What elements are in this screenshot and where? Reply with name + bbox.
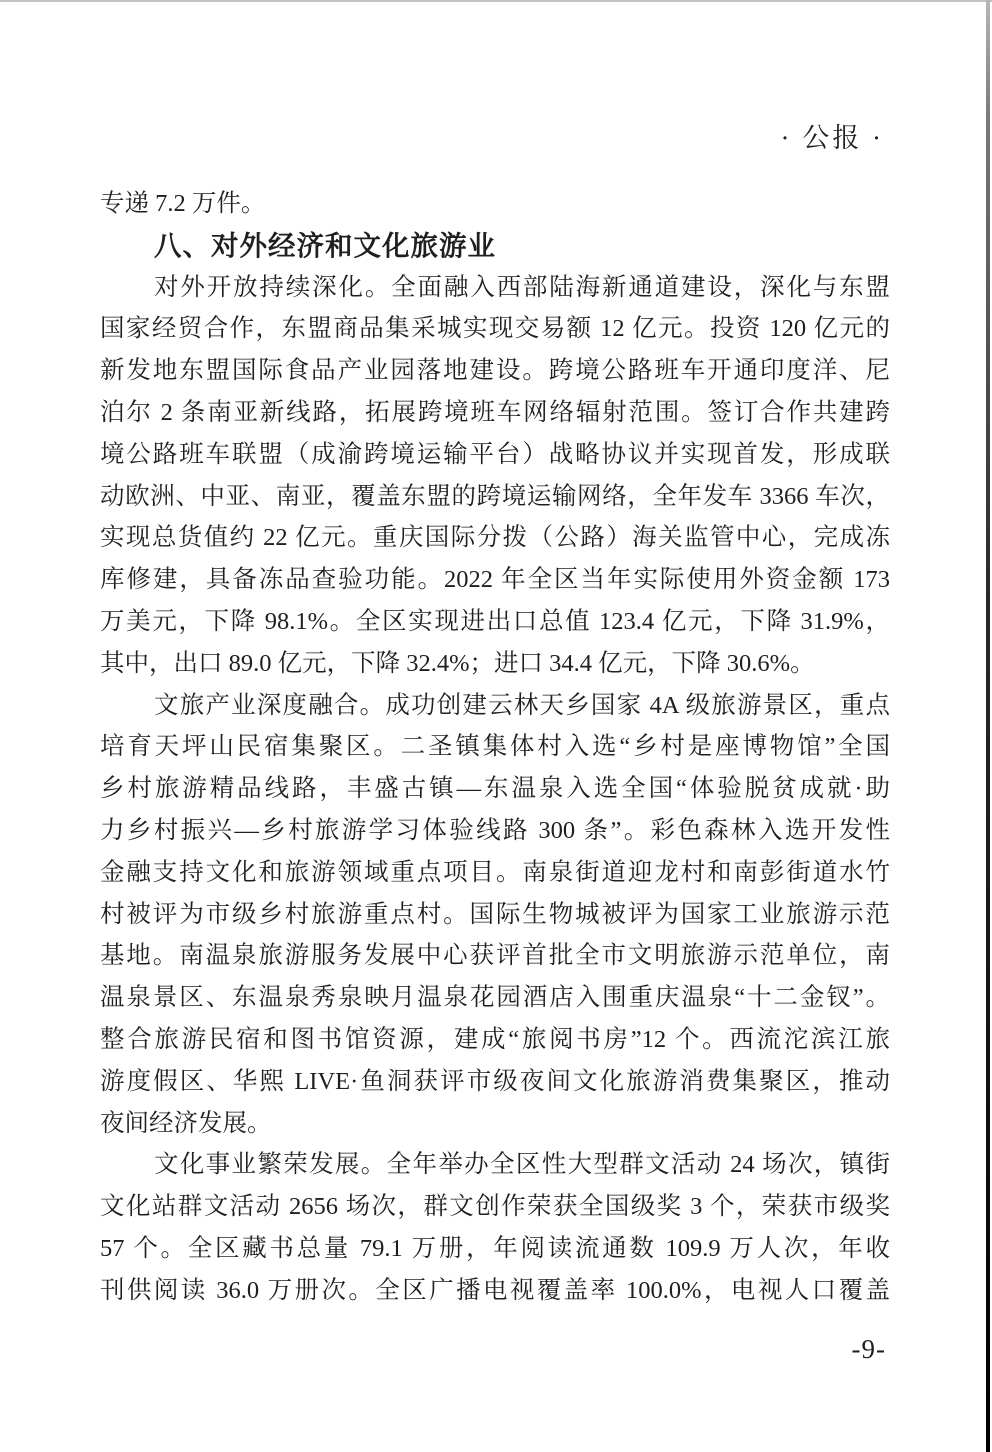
paragraph-line: 村被评为市级乡村旅游重点村。国际生物城被评为国家工业旅游示范 <box>100 894 890 936</box>
paragraph-line: 其中，出口 89.0 亿元，下降 32.4%；进口 34.4 亿元，下降 30.… <box>100 643 890 685</box>
paragraph-line: 夜间经济发展。 <box>100 1103 890 1145</box>
scan-edge-top <box>0 0 992 2</box>
paragraph-line: 57 个。全区藏书总量 79.1 万册，年阅读流通数 109.9 万人次，年收 <box>100 1228 890 1270</box>
paragraph-line: 文化事业繁荣发展。全年举办全区性大型群文活动 24 场次，镇街 <box>100 1144 890 1186</box>
section-heading: 八、对外经济和文化旅游业 <box>100 225 890 267</box>
paragraph-line: 文化站群文活动 2656 场次，群文创作荣获全国级奖 3 个，荣获市级奖 <box>100 1186 890 1228</box>
paragraph-line: 万美元，下降 98.1%。全区实现进出口总值 123.4 亿元，下降 31.9%… <box>100 601 890 643</box>
paragraph-line: 培育天坪山民宿集聚区。二圣镇集体村入选“乡村是座博物馆”全国 <box>100 726 890 768</box>
paragraph-line: 泊尔 2 条南亚新线路，拓展跨境班车网络辐射范围。签订合作共建跨 <box>100 392 890 434</box>
paragraph-line: 国家经贸合作，东盟商品集采城实现交易额 12 亿元。投资 120 亿元的 <box>100 308 890 350</box>
paragraph-line: 整合旅游民宿和图书馆资源，建成“旅阅书房”12 个。西流沱滨江旅 <box>100 1019 890 1061</box>
continuation-line: 专递 7.2 万件。 <box>100 183 890 225</box>
paragraph-line: 库修建，具备冻品查验功能。2022 年全区当年实际使用外资金额 173 <box>100 559 890 601</box>
scan-edge-right <box>986 0 990 1452</box>
paragraph-line: 金融支持文化和旅游领域重点项目。南泉街道迎龙村和南彭街道水竹 <box>100 852 890 894</box>
page-number: -9- <box>852 1334 886 1365</box>
paragraph-line: 游度假区、华熙 LIVE·鱼洞获评市级夜间文化旅游消费集聚区，推动 <box>100 1061 890 1103</box>
paragraph-line: 温泉景区、东温泉秀泉映月温泉花园酒店入围重庆温泉“十二金钗”。 <box>100 977 890 1019</box>
paragraph-line: 乡村旅游精品线路，丰盛古镇—东温泉入选全国“体验脱贫成就·助 <box>100 768 890 810</box>
paragraph-line: 对外开放持续深化。全面融入西部陆海新通道建设，深化与东盟 <box>100 267 890 309</box>
paragraph-line: 刊供阅读 36.0 万册次。全区广播电视覆盖率 100.0%，电视人口覆盖 <box>100 1270 890 1312</box>
document-body: 专递 7.2 万件。八、对外经济和文化旅游业对外开放持续深化。全面融入西部陆海新… <box>100 183 890 1312</box>
page-header-label: · 公报 · <box>781 116 884 155</box>
paragraph-line: 力乡村振兴—乡村旅游学习体验线路 300 条”。彩色森林入选开发性 <box>100 810 890 852</box>
paragraph-line: 实现总货值约 22 亿元。重庆国际分拨（公路）海关监管中心，完成冻 <box>100 517 890 559</box>
paragraph-line: 境公路班车联盟（成渝跨境运输平台）战略协议并实现首发，形成联 <box>100 434 890 476</box>
paragraph-line: 基地。南温泉旅游服务发展中心获评首批全市文明旅游示范单位，南 <box>100 935 890 977</box>
paragraph-line: 新发地东盟国际食品产业园落地建设。跨境公路班车开通印度洋、尼 <box>100 350 890 392</box>
paragraph-line: 动欧洲、中亚、南亚，覆盖东盟的跨境运输网络，全年发车 3366 车次， <box>100 476 890 518</box>
document-page: · 公报 · 专递 7.2 万件。八、对外经济和文化旅游业对外开放持续深化。全面… <box>0 0 992 1452</box>
paragraph-line: 文旅产业深度融合。成功创建云林天乡国家 4A 级旅游景区，重点 <box>100 685 890 727</box>
